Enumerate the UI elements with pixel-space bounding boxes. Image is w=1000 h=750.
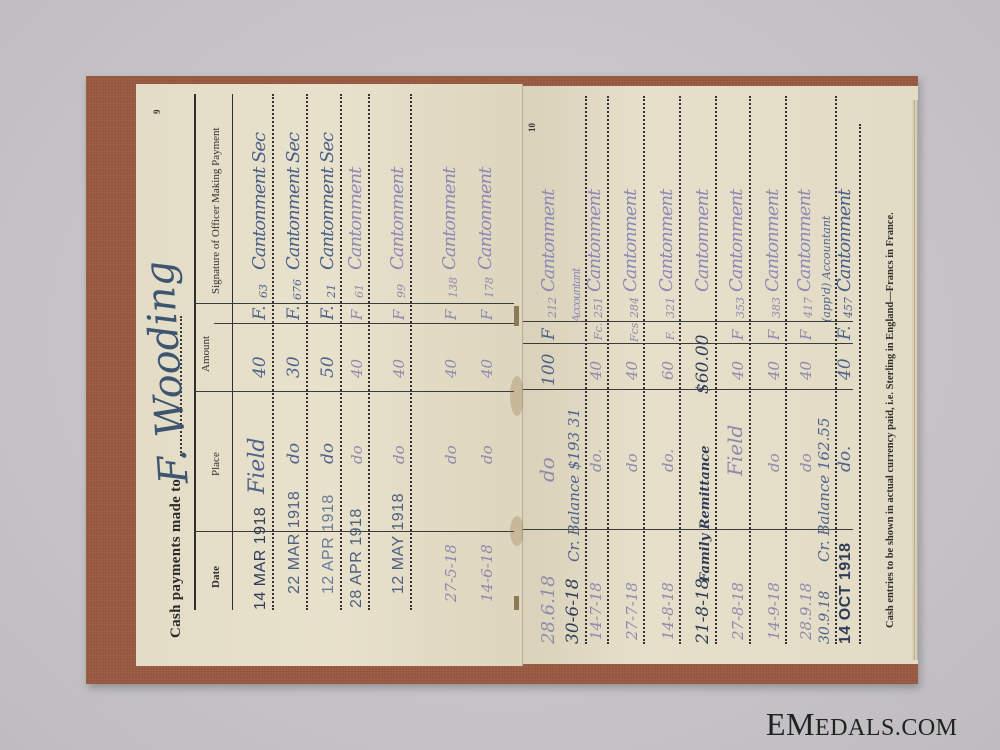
unit: F (729, 330, 747, 340)
ref-number: 61 (353, 284, 366, 298)
ref-number: 99 (395, 284, 408, 298)
unit: F. (835, 325, 855, 340)
amount: 50 (318, 356, 338, 378)
table-row: 14-7-18 do. 40 Fc. 251 Cantonment (579, 96, 609, 652)
amount: 30 (284, 356, 304, 378)
date-stamp: 12 APR 1918 (320, 494, 338, 594)
officer-signature: Cantonment (726, 190, 747, 292)
place: do. (835, 446, 855, 472)
column-header-date: Date (210, 566, 222, 588)
place: do (390, 445, 408, 464)
watermark-big: EM (766, 706, 815, 742)
ref-number: 63 (257, 284, 270, 298)
officer-signature: Cantonment (584, 190, 605, 292)
ref-number: 321 (664, 297, 677, 318)
date: 14-9-18 (765, 582, 783, 640)
date-stamp: 12 MAY 1918 (390, 493, 408, 594)
page-title: Cash payments made to (168, 479, 185, 638)
amount: 40 (442, 359, 460, 378)
officer-signature: Cantonment (475, 168, 496, 270)
bottom-dotted-rule (859, 124, 861, 644)
left-page-content: Cash payments made to F. Wooding 9 Date … (144, 94, 514, 654)
emedals-watermark: EMEDALS.COM (766, 706, 958, 743)
stain (510, 516, 524, 546)
place: do (442, 445, 460, 464)
date: 27-7-18 (623, 582, 641, 640)
table-row: 14-6-18 do 40 F 178 Cantonment (470, 94, 500, 654)
place: do (284, 443, 304, 464)
place: Field (245, 438, 270, 494)
date: 27-5-18 (442, 544, 460, 602)
date-stamp: 14 MAR 1918 (252, 507, 270, 610)
place: Family Remittance (698, 446, 713, 583)
officer-signature: Cantonment (762, 190, 783, 292)
date: 14-8-18 (659, 582, 677, 640)
watermark-small: EDALS.COM (815, 715, 958, 741)
officer-signature: Cantonment (387, 168, 408, 270)
place: Field (723, 425, 747, 476)
unit: F. (318, 305, 338, 320)
table-row: 14 OCT 1918 do. 40 F. 457 Cantonment (829, 96, 859, 652)
page-number: 9 (152, 110, 162, 115)
ref-number: 676 (291, 279, 304, 300)
staple (514, 596, 519, 610)
place: do (535, 457, 559, 482)
officer-signature: Cantonment (834, 190, 855, 292)
place: do. (659, 449, 677, 472)
table-row: 21-8-18 Family Remittance $60.00 Cantonm… (687, 96, 717, 652)
unit: F (348, 310, 366, 320)
place: do. (587, 449, 605, 472)
officer-signature: Cantonment (439, 168, 460, 270)
place: do (318, 443, 338, 464)
ref-number: 178 (483, 277, 496, 298)
right-page: 10 28.6.18 do 100 F 212 Cantonment 30-6-… (523, 86, 918, 664)
stain (510, 376, 524, 416)
unit: F (390, 310, 408, 320)
unit: F (765, 330, 783, 340)
amount: 60 (659, 361, 677, 380)
date: 14-7-18 (587, 582, 605, 640)
officer-signature: Cantonment (620, 190, 641, 292)
date-stamp: 22 MAR 1918 (286, 491, 304, 594)
table-row: 28 APR 1918 do 40 F 61 Cantonment (340, 94, 370, 654)
officer-signature: Cantonment (345, 168, 366, 270)
place: do (623, 453, 641, 472)
unit: F (478, 310, 496, 320)
ref-number: 138 (447, 277, 460, 298)
amount: 100 (539, 354, 559, 386)
ref-number: 284 (628, 297, 641, 318)
date-stamp: 14 OCT 1918 (837, 542, 855, 644)
officer-signature: Cantonment (538, 190, 559, 292)
column-header-place: Place (210, 452, 222, 476)
table-row: 27-8-18 Field 40 F 353 Cantonment (721, 96, 751, 652)
right-page-content: 10 28.6.18 do 100 F 212 Cantonment 30-6-… (523, 96, 908, 652)
place: do (348, 445, 366, 464)
ref-number: 353 (734, 297, 747, 318)
ref-number: 21 (325, 284, 338, 298)
date-stamp: 28 APR 1918 (348, 508, 366, 608)
left-page: Cash payments made to F. Wooding 9 Date … (136, 84, 523, 666)
amount: 40 (729, 361, 747, 380)
ref-number: 251 (592, 297, 605, 318)
unit: F (442, 310, 460, 320)
ref-number: 383 (770, 297, 783, 318)
unit: Fc. (592, 323, 605, 340)
unit: F. (284, 305, 304, 320)
amount: $60.00 (693, 335, 713, 394)
officer-signature: Cantonment Sec (317, 133, 338, 270)
amount: 40 (623, 361, 641, 380)
amount: 40 (250, 356, 270, 378)
amount: 40 (587, 361, 605, 380)
staple (514, 306, 519, 326)
column-header-amount: Amount (200, 336, 212, 372)
table-row: 12 MAY 1918 do 40 F 99 Cantonment (382, 94, 412, 654)
date: 21-8-18 (693, 578, 713, 644)
officer-signature: Cantonment Sec (249, 133, 270, 270)
place: do (765, 453, 783, 472)
header-top-rule (194, 94, 196, 610)
date: 28.6.18 (538, 575, 559, 644)
place: do (478, 445, 496, 464)
table-row: 27-7-18 do 40 Fcs 284 Cantonment (615, 96, 645, 652)
unit: Fcs (628, 323, 641, 342)
ref-number: 457 (842, 297, 855, 318)
table-row: 27-5-18 do 40 F 138 Cantonment (434, 94, 464, 654)
table-row: 22 MAR 1918 do 30 F. 676 Cantonment Sec (278, 94, 308, 654)
date: 14-6-18 (478, 544, 496, 602)
table-row: 14-9-18 do 40 F 383 Cantonment (757, 96, 787, 652)
pay-book: Cash payments made to F. Wooding 9 Date … (86, 76, 918, 684)
unit: F. (250, 305, 270, 320)
unit: F. (664, 331, 677, 340)
column-header-signature: Signature of Officer Making Payment (210, 127, 222, 294)
table-row: 14 MAR 1918 Field 40 F. 63 Cantonment Se… (244, 94, 274, 654)
table-row: 12 APR 1918 do 50 F. 21 Cantonment Sec (312, 94, 342, 654)
officer-signature: Cantonment (656, 190, 677, 292)
table-row: 14-8-18 do. 60 F. 321 Cantonment (651, 96, 681, 652)
officer-signature: Cantonment (692, 190, 713, 292)
officer-signature: Cantonment Sec (283, 133, 304, 270)
footnote: Cash entries to be shown in actual curre… (885, 212, 896, 628)
page-edges (912, 100, 918, 660)
unit: F (539, 328, 559, 340)
header-bottom-rule (232, 94, 233, 610)
amount: 40 (835, 358, 855, 380)
amount: 40 (390, 359, 408, 378)
payee-signature: F. Wooding (136, 259, 197, 485)
amount: 40 (765, 361, 783, 380)
amount: 40 (348, 359, 366, 378)
amount: 40 (478, 359, 496, 378)
date: 27-8-18 (729, 582, 747, 640)
